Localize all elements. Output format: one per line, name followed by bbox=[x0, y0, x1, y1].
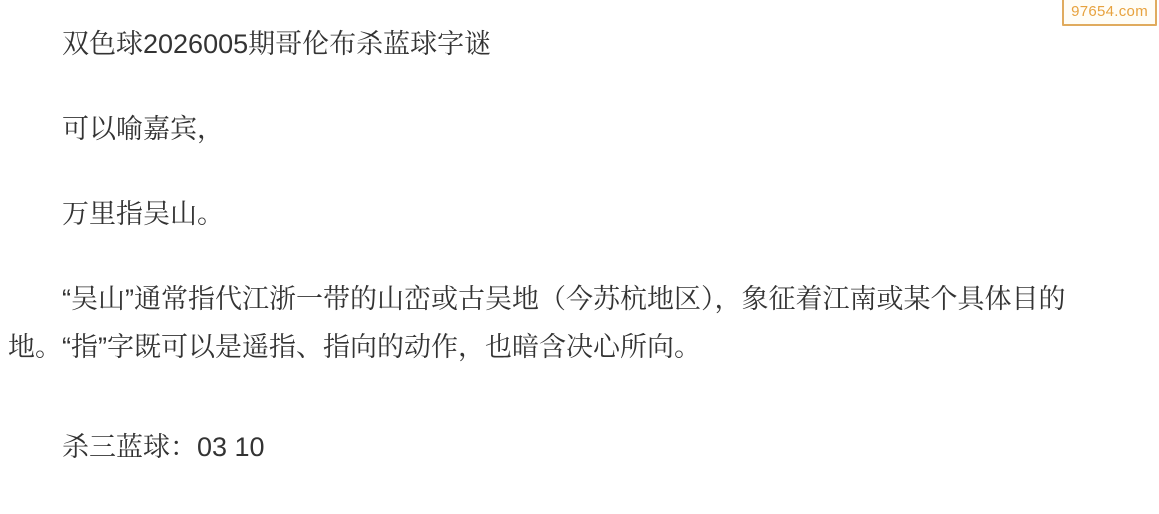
article-title: 双色球2026005期哥伦布杀蓝球字谜 bbox=[8, 20, 1129, 68]
article-page: 97654.com 双色球2026005期哥伦布杀蓝球字谜 可以喻嘉宾， 万里指… bbox=[0, 0, 1159, 471]
article-content: 双色球2026005期哥伦布杀蓝球字谜 可以喻嘉宾， 万里指吴山。 “吴山”通常… bbox=[0, 0, 1159, 471]
riddle-line-1: 可以喻嘉宾， bbox=[8, 105, 1129, 153]
riddle-analysis: “吴山”通常指代江浙一带的山峦或古吴地（今苏杭地区），象征着江南或某个具体目的地… bbox=[8, 275, 1129, 371]
kill-blue-result: 杀三蓝球：03 10 bbox=[8, 423, 1129, 471]
site-watermark-badge: 97654.com bbox=[1062, 0, 1157, 26]
riddle-line-2: 万里指吴山。 bbox=[8, 190, 1129, 238]
